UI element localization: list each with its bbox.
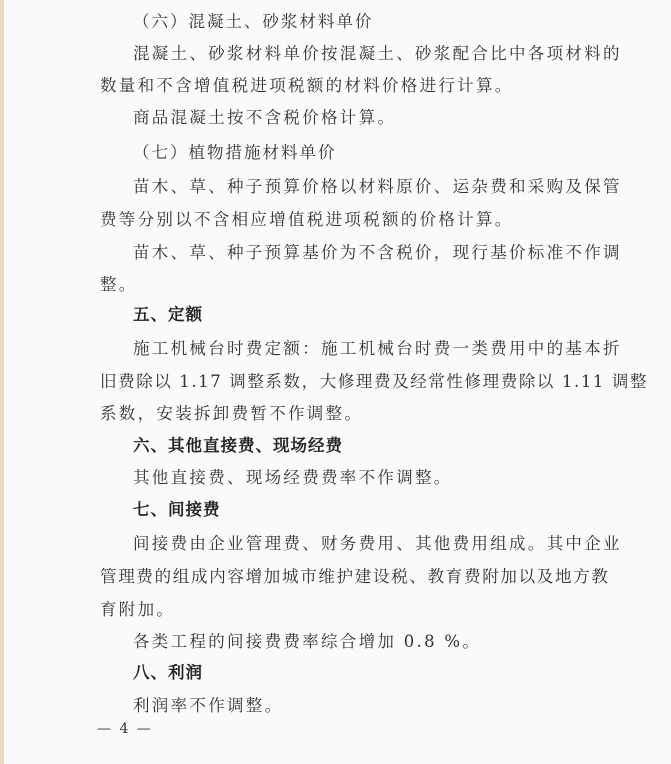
subheading-plant-material-price: （七）植物措施材料单价 xyxy=(133,143,337,163)
paragraph-line: 整。 xyxy=(100,275,138,295)
section-heading-other-direct-costs: 六、其他直接费、现场经费 xyxy=(133,436,343,456)
paragraph-line: 管理费的组成内容增加城市维护建设税、教育费附加以及地方教 xyxy=(100,567,610,587)
section-heading-indirect-costs: 七、间接费 xyxy=(133,500,221,520)
paragraph-line: 旧费除以 1.17 调整系数，大修理费及经常性修理费除以 1.11 调整 xyxy=(100,372,648,392)
paragraph-line: 商品混凝土按不含税价格计算。 xyxy=(133,108,396,128)
paragraph-line: 数量和不含增值税进项税额的材料价格进行计算。 xyxy=(100,76,514,96)
subheading-concrete-mortar-price: （六）混凝土、砂浆材料单价 xyxy=(133,12,374,32)
paragraph-line: 间接费由企业管理费、财务费用、其他费用组成。其中企业 xyxy=(133,534,622,554)
paragraph-line: 苗木、草、种子预算基价为不含税价，现行基价标准不作调 xyxy=(133,243,622,263)
paragraph-line: 施工机械台时费定额：施工机械台时费一类费用中的基本折 xyxy=(133,339,622,359)
paragraph-line: 苗木、草、种子预算价格以材料原价、运杂费和采购及保管 xyxy=(133,177,622,197)
section-heading-quota: 五、定额 xyxy=(133,305,203,325)
paragraph-line: 混凝土、砂浆材料单价按混凝土、砂浆配合比中各项材料的 xyxy=(133,44,622,64)
section-heading-profit: 八、利润 xyxy=(133,663,203,683)
page-number: — 4 — xyxy=(97,721,153,737)
paragraph-line: 育附加。 xyxy=(100,600,175,620)
paragraph-line: 费等分别以不含相应增值税进项税额的价格计算。 xyxy=(100,210,514,230)
scan-edge xyxy=(0,0,4,764)
paragraph-line: 系数，安装拆卸费暂不作调整。 xyxy=(100,404,363,424)
paragraph-line: 其他直接费、现场经费费率不作调整。 xyxy=(133,468,453,488)
paragraph-line: 各类工程的间接费费率综合增加 0.8 %。 xyxy=(133,632,481,652)
paragraph-line: 利润率不作调整。 xyxy=(133,696,283,716)
